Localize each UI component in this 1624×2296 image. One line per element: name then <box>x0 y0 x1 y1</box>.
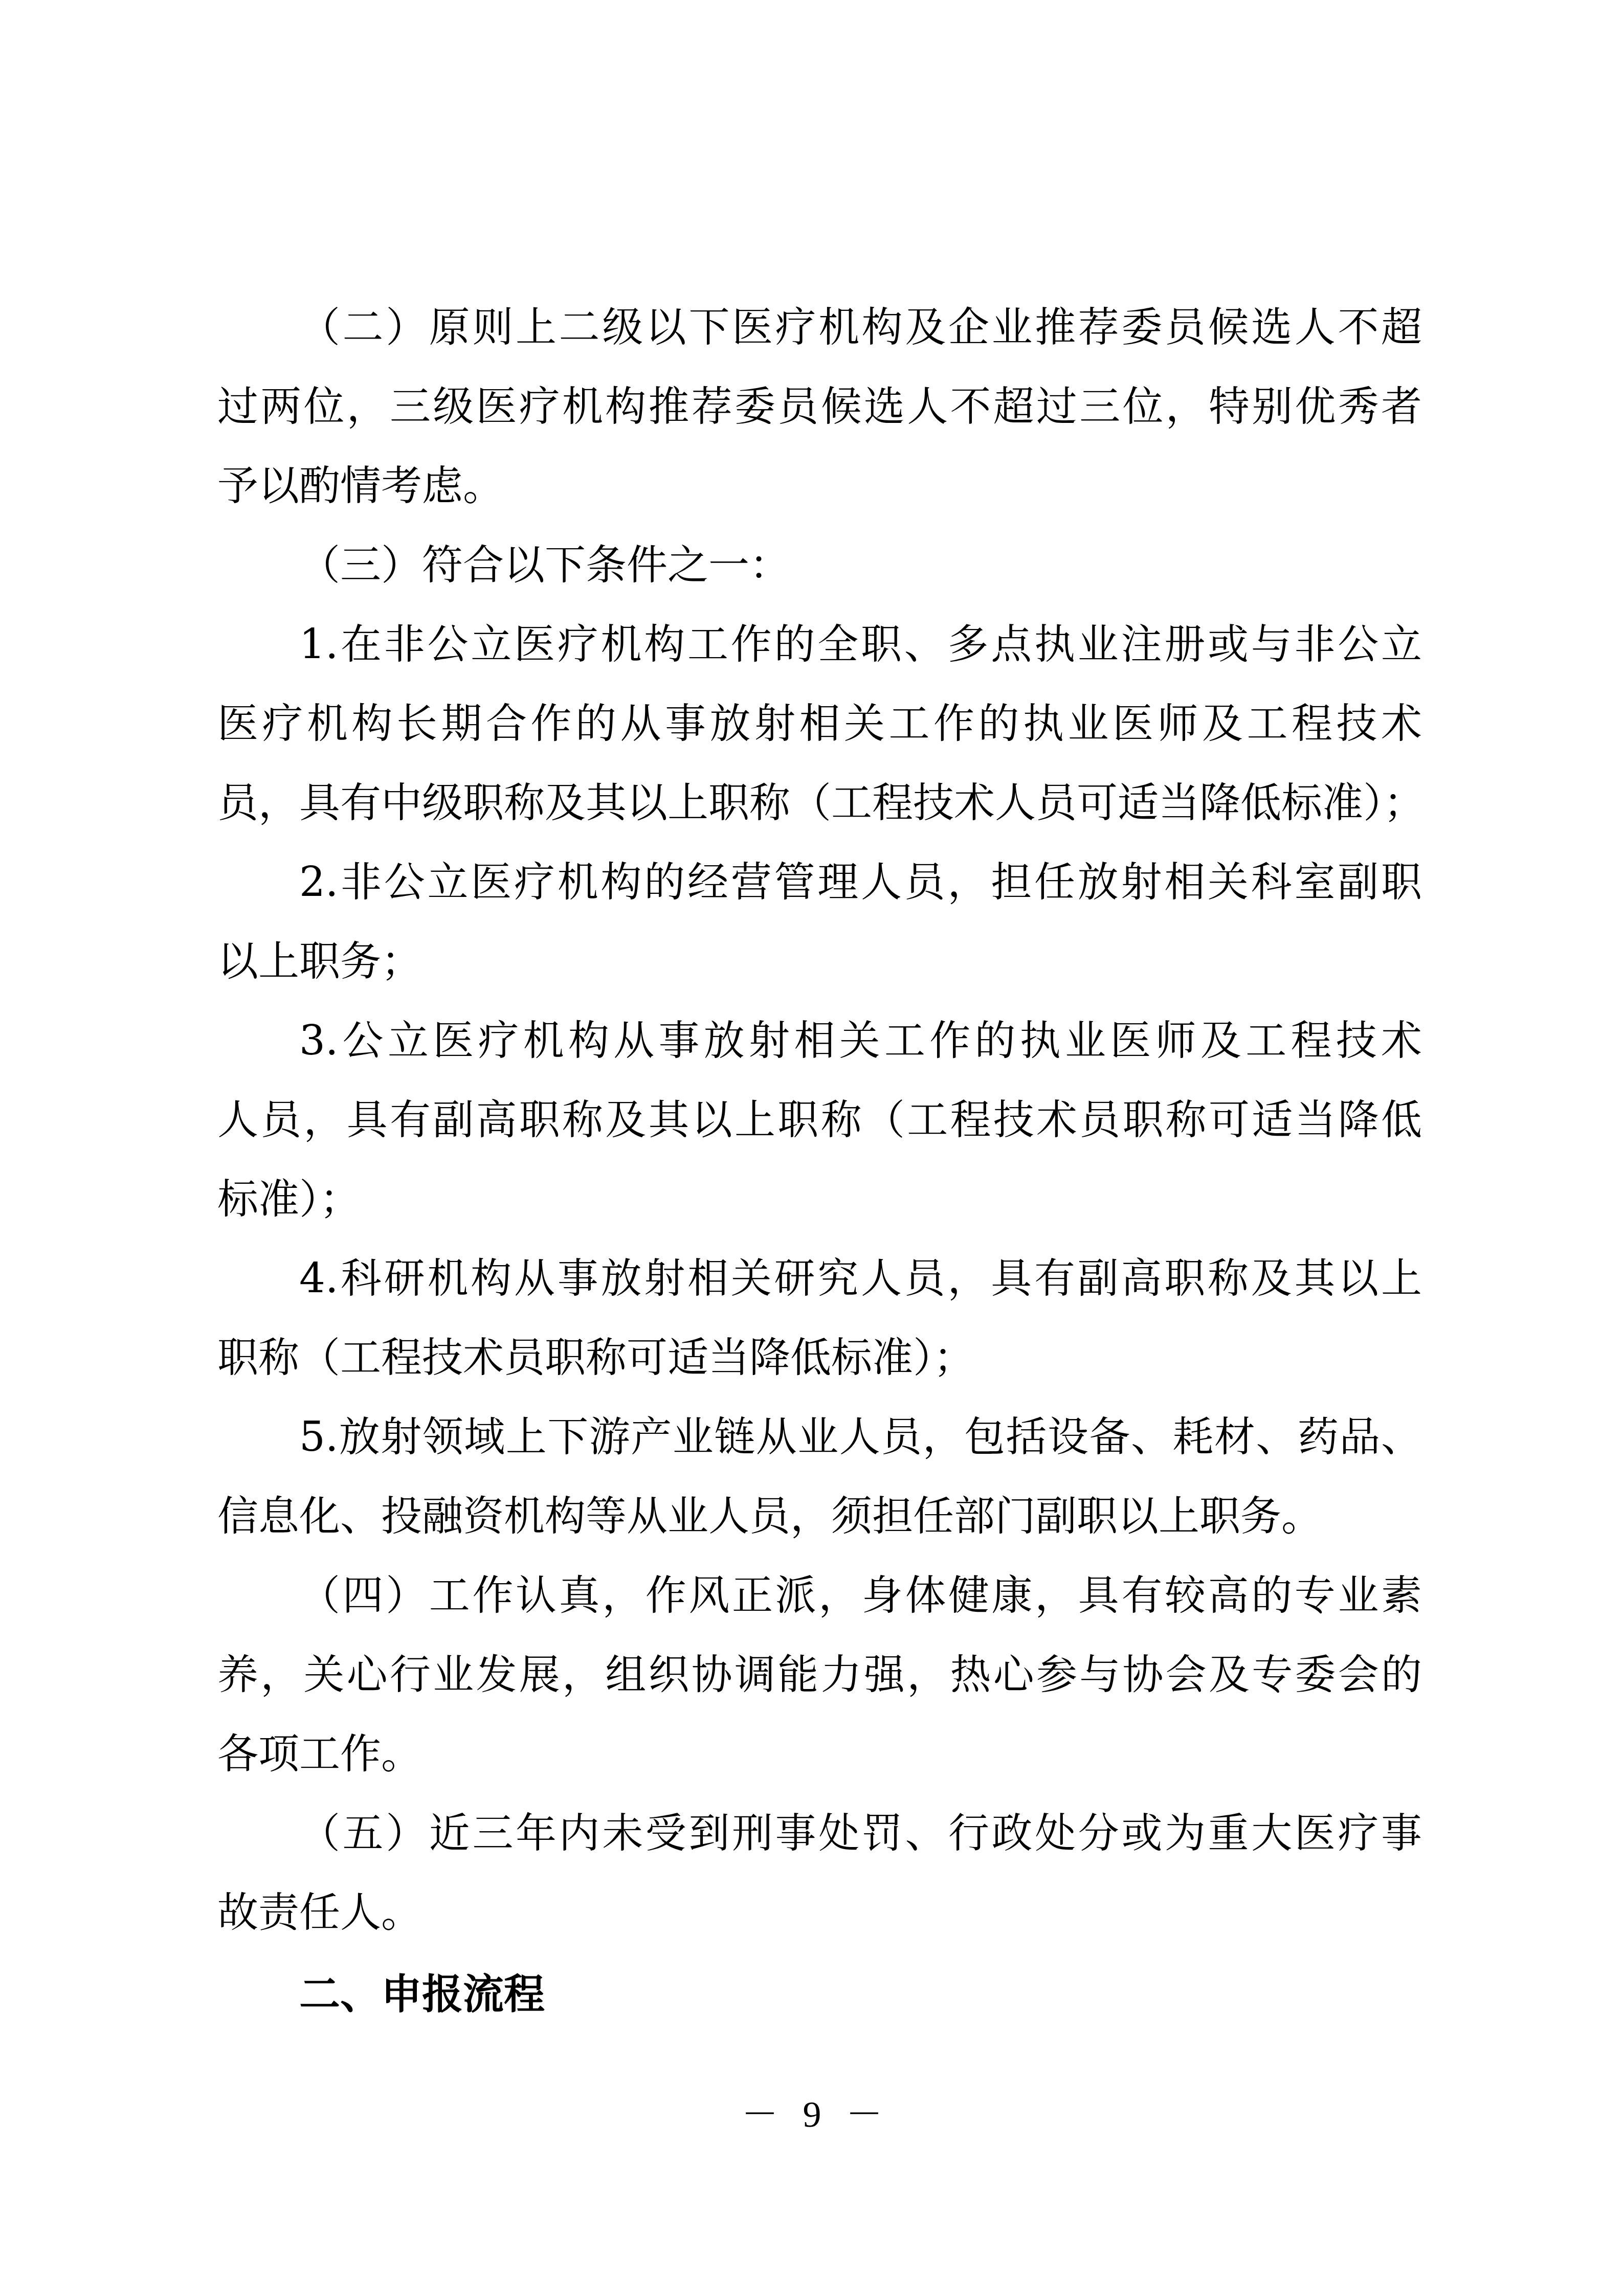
condition-3-line-2: 人员，具有副高职称及其以上职称（工程技术员职称可适当降低 <box>217 1094 1422 1145</box>
paragraph-item-4-line-2: 养，关心行业发展，组织协调能力强，热心参与协会及专委会的 <box>217 1649 1422 1700</box>
paragraph-item-4-line-3: 各项工作。 <box>217 1728 1422 1780</box>
condition-1-line-1: 1.在非公立医疗机构工作的全职、多点执业注册或与非公立 <box>299 619 1422 670</box>
condition-3-line-1: 3.公立医疗机构从事放射相关工作的执业医师及工程技术 <box>299 1015 1422 1066</box>
condition-4-line-2: 职称（工程技术员职称可适当降低标准）； <box>217 1332 1422 1383</box>
section-heading: 二、申报流程 <box>299 1969 545 2020</box>
condition-4-line-1: 4.科研机构从事放射相关研究人员，具有副高职称及其以上 <box>299 1253 1422 1304</box>
condition-5-line-1: 5.放射领域上下游产业链从业人员，包括设备、耗材、药品、 <box>299 1411 1422 1462</box>
paragraph-item-2-line-1: （二）原则上二级以下医疗机构及企业推荐委员候选人不超 <box>299 302 1422 353</box>
condition-1-line-3: 员，具有中级职称及其以上职称（工程技术人员可适当降低标准）； <box>217 777 1422 828</box>
condition-2-line-1: 2.非公立医疗机构的经营管理人员，担任放射相关科室副职 <box>299 857 1422 908</box>
paragraph-item-2-line-2: 过两位，三级医疗机构推荐委员候选人不超过三位，特别优秀者 <box>217 381 1422 432</box>
condition-2-line-2: 以上职务； <box>217 936 1422 987</box>
paragraph-item-4-line-1: （四）工作认真，作风正派，身体健康，具有较高的专业素 <box>299 1570 1422 1621</box>
page-number: － 9 － <box>0 2091 1624 2137</box>
paragraph-item-2-line-3: 予以酌情考虑。 <box>217 460 1422 511</box>
paragraph-item-5-line-2: 故责任人。 <box>217 1887 1422 1938</box>
paragraph-item-5-line-1: （五）近三年内未受到刑事处罚、行政处分或为重大医疗事 <box>299 1808 1422 1859</box>
paragraph-item-3-line-1: （三）符合以下条件之一： <box>299 539 1422 591</box>
condition-3-line-3: 标准）； <box>217 1174 1422 1225</box>
condition-5-line-2: 信息化、投融资机构等从业人员，须担任部门副职以上职务。 <box>217 1491 1422 1542</box>
document-page: （二）原则上二级以下医疗机构及企业推荐委员候选人不超 过两位，三级医疗机构推荐委… <box>0 0 1624 2296</box>
condition-1-line-2: 医疗机构长期合作的从事放射相关工作的执业医师及工程技术 <box>217 698 1422 749</box>
